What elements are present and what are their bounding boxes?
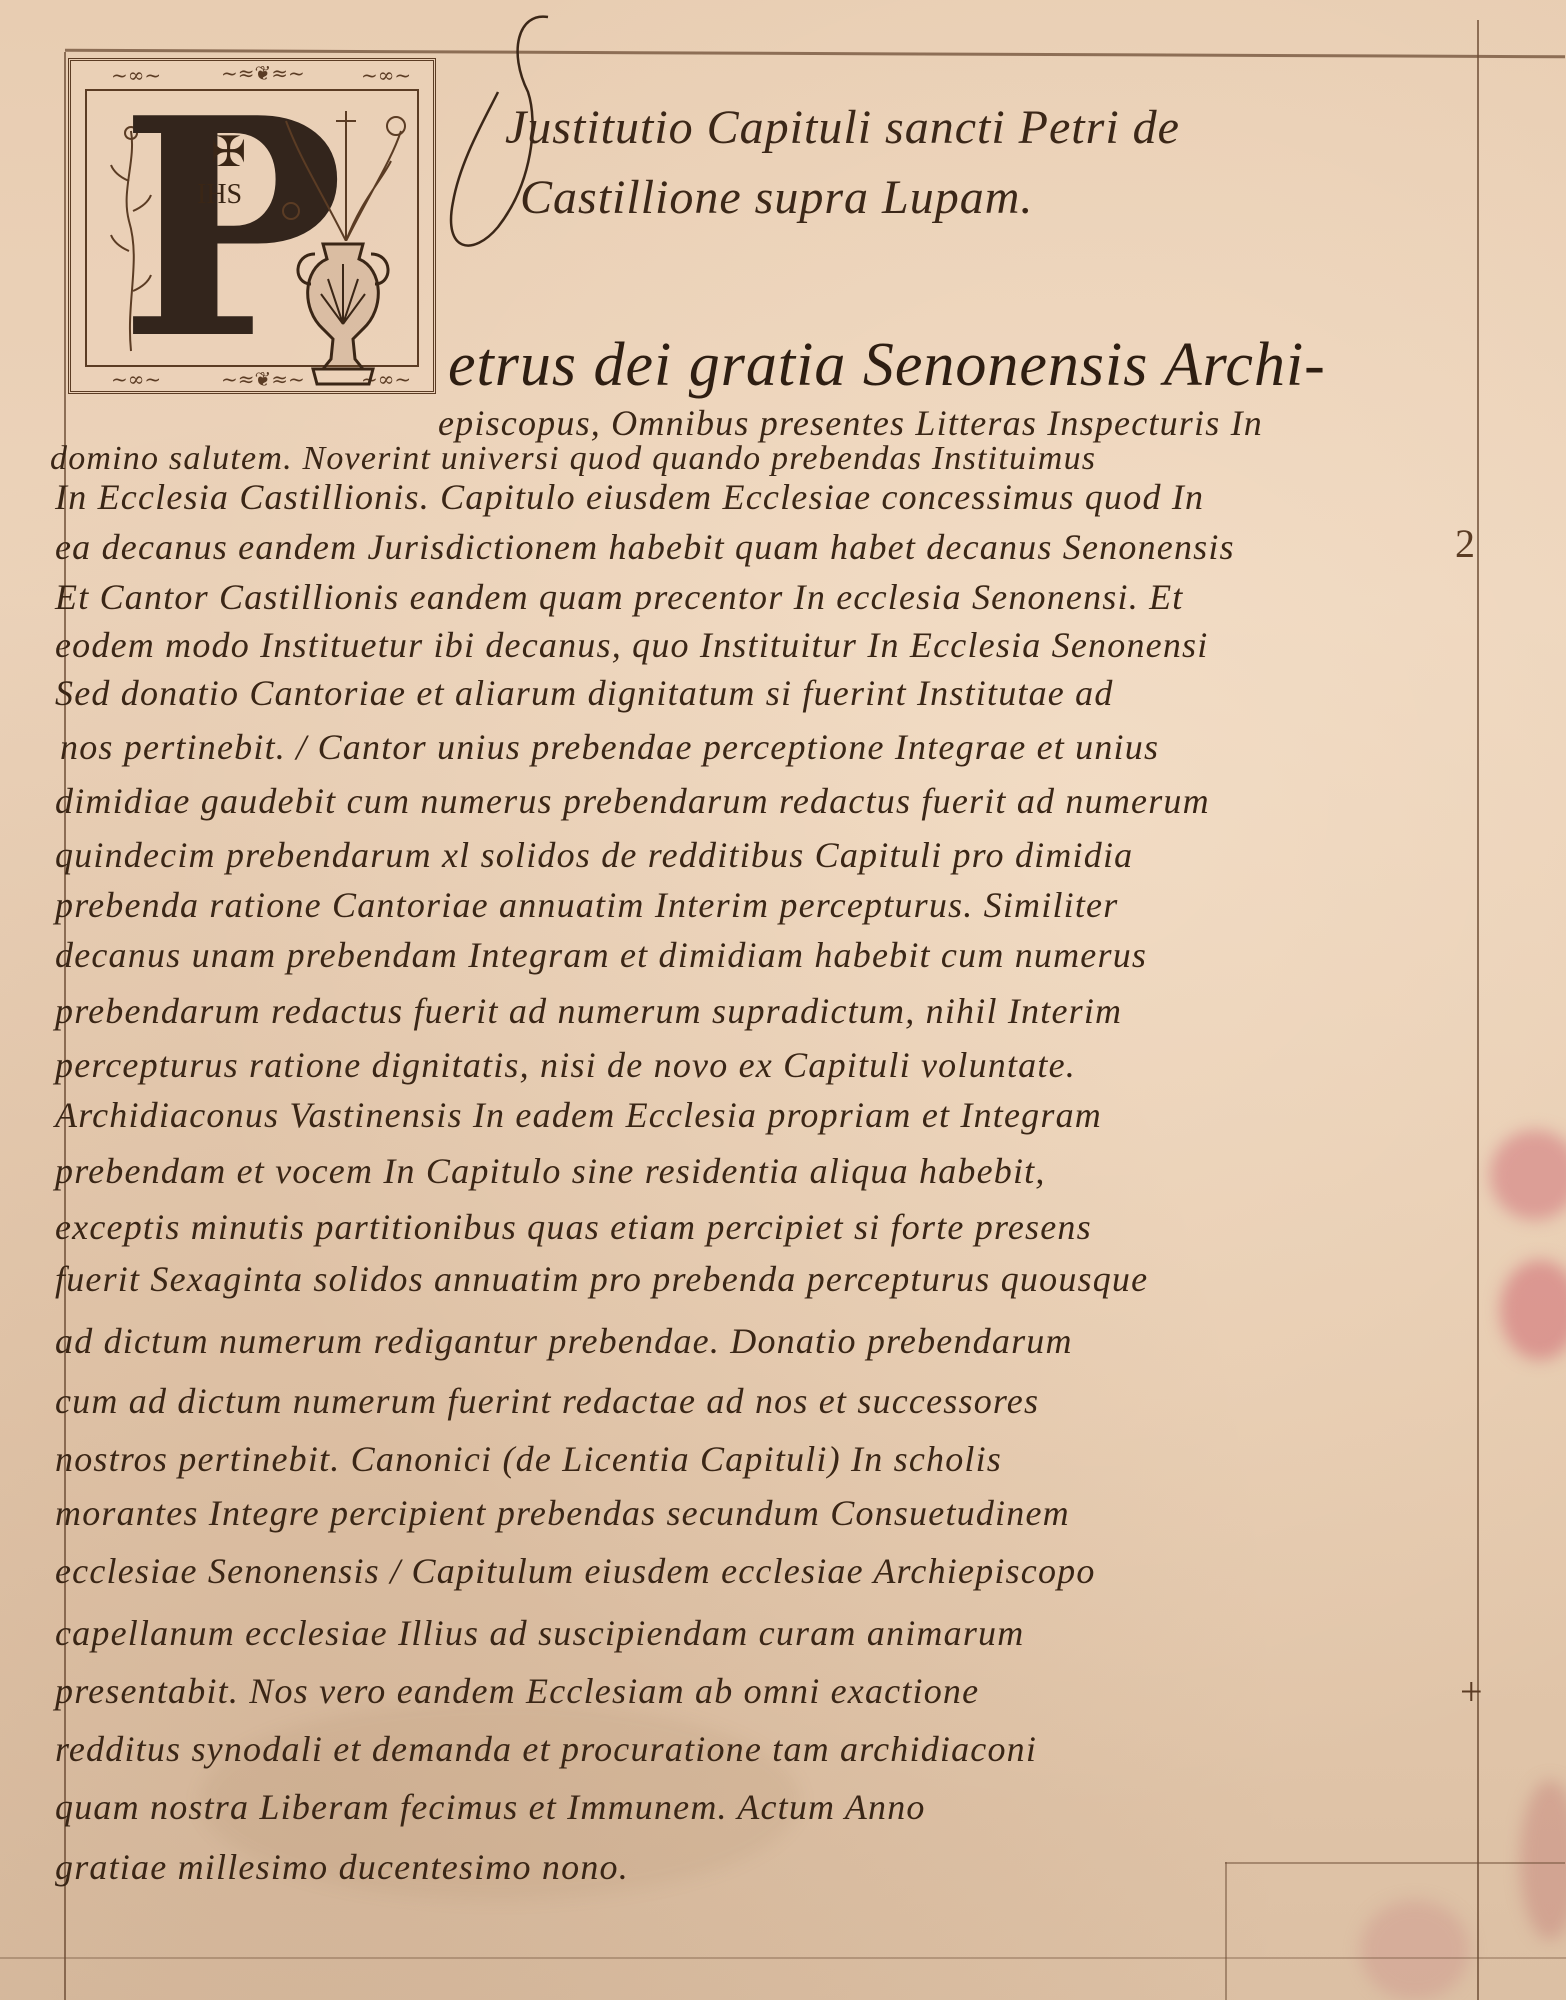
text-line: presentabit. Nos vero eandem Ecclesiam a… [55,1670,979,1712]
frame-rule-bottom [0,1957,1566,1959]
flower-spray-icon [281,101,411,241]
text-line: Archidiaconus Vastinensis In eadem Eccle… [55,1094,1102,1136]
pasted-slip-edge [1225,1862,1565,1864]
document-title-line-1: Justitutio Capituli sancti Petri de [505,100,1180,155]
text-line: nos pertinebit. / Cantor unius prebendae… [60,726,1159,768]
red-stain [1490,1130,1566,1220]
manuscript-page: ~∞~ ~≈❦≈~ ~∞~ ~∞~ ~≈❦≈~ ~∞~ P ✠ IHS Just… [0,0,1566,2000]
text-line: cum ad dictum numerum fuerint redactae a… [55,1380,1039,1422]
text-line: redditus synodali et demanda et procurat… [55,1728,1037,1770]
margin-mark: 2 [1455,520,1475,567]
text-line: Et Cantor Castillionis eandem quam prece… [55,576,1184,618]
text-line: fuerit Sexaginta solidos annuatim pro pr… [55,1258,1148,1300]
text-line: prebendarum redactus fuerit ad numerum s… [55,990,1122,1032]
text-line: prebendam et vocem In Capitulo sine resi… [55,1150,1046,1192]
illuminated-initial: ~∞~ ~≈❦≈~ ~∞~ ~∞~ ~≈❦≈~ ~∞~ P ✠ IHS [68,58,436,394]
text-line: ea decanus eandem Jurisdictionem habebit… [55,526,1235,568]
text-line: quindecim prebendarum xl solidos de redd… [55,834,1133,876]
flourish-icon: ~∞~ [361,63,411,87]
text-line: Sed donatio Cantoriae et aliarum dignita… [55,672,1114,714]
text-line: quam nostra Liberam fecimus et Immunem. … [55,1786,926,1828]
vase-icon [293,239,393,389]
red-stain [1500,1260,1566,1360]
text-line: episcopus, Omnibus presentes Litteras In… [438,402,1263,444]
text-line: capellanum ecclesiae Illius ad suscipien… [55,1612,1024,1654]
opening-line: etrus dei gratia Senonensis Archi- [448,330,1326,401]
text-line: decanus unam prebendam Integram et dimid… [55,934,1147,976]
text-line: gratiae millesimo ducentesimo nono. [55,1846,629,1888]
text-line: In Ecclesia Castillionis. Capitulo eiusd… [55,476,1204,518]
ihs-monogram: IHS [197,179,242,211]
document-title-line-2: Castillione supra Lupam. [520,170,1033,225]
pasted-slip-edge [1225,1862,1227,2000]
text-line: dimidiae gaudebit cum numerus prebendaru… [55,780,1210,822]
text-line: percepturus ratione dignitatis, nisi de … [55,1044,1076,1086]
text-line: exceptis minutis partitionibus quas etia… [55,1206,1092,1248]
text-line: nostros pertinebit. Canonici (de Licenti… [55,1438,1002,1480]
text-line: eodem modo Instituetur ibi decanus, quo … [55,624,1208,666]
text-line: morantes Integre percipient prebendas se… [55,1492,1070,1534]
margin-mark: + [1460,1668,1483,1715]
text-line: ecclesiae Senonensis / Capitulum eiusdem… [55,1550,1096,1592]
red-stain [1360,1900,1470,2000]
text-line: domino salutem. Noverint universi quod q… [50,440,1096,478]
red-stain [1520,1780,1566,1940]
cross-icon: ✠ [211,127,246,176]
text-line: prebenda ratione Cantoriae annuatim Inte… [55,884,1118,926]
text-line: ad dictum numerum redigantur prebendae. … [55,1320,1073,1362]
